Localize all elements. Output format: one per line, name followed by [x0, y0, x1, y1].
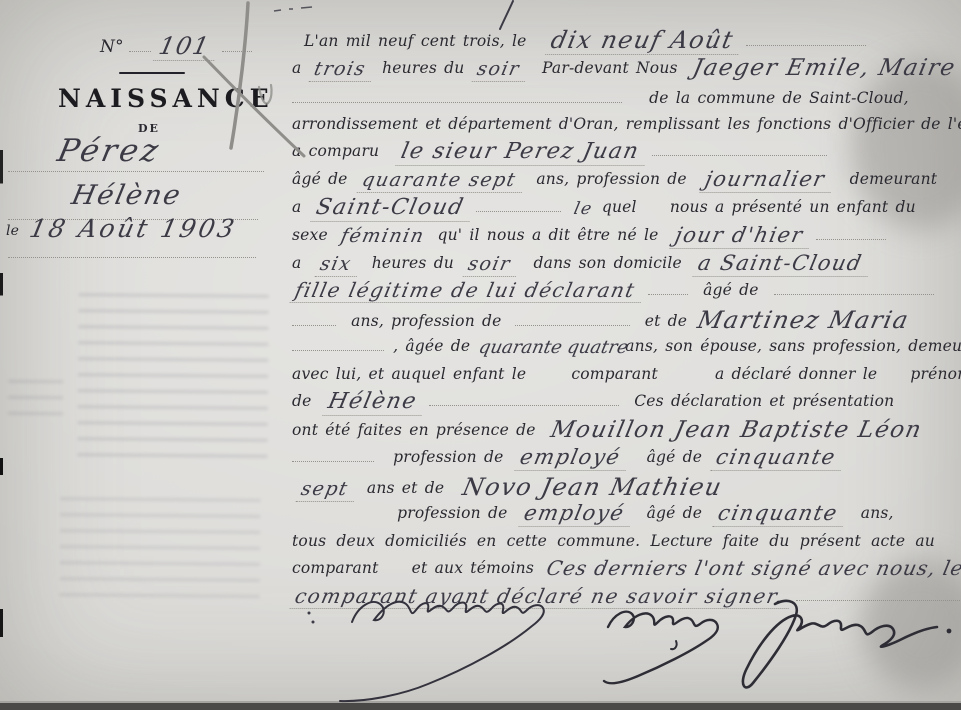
handwritten-entry: soir: [471, 60, 529, 82]
act-line: âgé de quarante sept ans, profession de …: [292, 169, 954, 193]
act-line: arrondissement et département d'Oran, re…: [292, 114, 954, 133]
printed-text: comparant: [292, 559, 379, 577]
handwritten-entry: le: [572, 201, 594, 218]
handwritten-entry: journalier: [699, 169, 835, 193]
act-line: a six heures du soir dans son domicile a…: [292, 253, 954, 277]
act-line: de Hélène Ces déclaration et présentatio…: [292, 391, 954, 416]
blank-line: [8, 158, 264, 172]
handwritten-entry: Novo Jean Mathieu: [461, 475, 725, 499]
blank-line: [292, 312, 336, 326]
printed-text: âgé de: [647, 448, 703, 466]
printed-text: de la commune de Saint-Cloud,: [649, 89, 909, 107]
margin-date-prefix: le: [6, 223, 19, 239]
printed-text: a: [292, 198, 301, 216]
margin-annotations: N° 101 NAISSANCE DE Pérez Hélène le 18 A…: [0, 0, 282, 710]
printed-text: demeurant: [850, 170, 938, 188]
act-line: comparant et aux témoins Ces derniers l'…: [292, 558, 954, 578]
printed-text: avec lui, et auquel enfant le: [292, 365, 526, 383]
child-given-name-line: Hélène: [72, 182, 182, 209]
blank-line: [429, 392, 619, 406]
handwritten-entry: cinquante: [713, 503, 848, 527]
printed-text: ans, profession de: [536, 170, 686, 188]
printed-text: âgé de: [292, 170, 348, 188]
act-line: sept ans et de Novo Jean Mathieu: [292, 475, 954, 502]
act-line: profession de employé âgé de cinquante: [292, 447, 954, 471]
handwritten-entry: dix neuf Août: [545, 28, 744, 55]
blank-line: [648, 281, 688, 295]
handwritten-entry: cinquante: [711, 447, 846, 471]
act-line: fille légitime de lui déclarant âgé de: [292, 280, 954, 303]
act-line: L'an mil neuf cent trois, le dix neuf Ao…: [292, 28, 954, 55]
blank-line: [816, 226, 886, 240]
printed-text: ans et de: [367, 479, 444, 497]
handwritten-entry: employé: [518, 503, 634, 527]
blank-line: [292, 337, 384, 351]
printed-text: Par-devant Nous: [542, 59, 678, 77]
printed-text: de: [292, 392, 312, 410]
blank-line: [8, 244, 256, 258]
printed-text: qu' il nous a dit être né le: [437, 226, 658, 244]
blank-line: [129, 38, 151, 52]
act-line: ans, profession de et de Martinez Maria: [292, 308, 954, 332]
handwritten-entry: Saint-Cloud: [310, 197, 474, 222]
act-type-title: NAISSANCE: [58, 84, 274, 113]
printed-text: âgé de: [703, 281, 759, 299]
act-line: a comparu le sieur Perez Juan: [292, 141, 954, 166]
handwritten-entry: a Saint-Cloud: [692, 253, 872, 277]
printed-text: L'an mil neuf cent trois, le: [304, 32, 527, 50]
printed-text: a comparu: [292, 142, 379, 160]
scanned-birth-certificate: N° 101 NAISSANCE DE Pérez Hélène le 18 A…: [0, 0, 961, 710]
printed-text: a: [292, 254, 301, 272]
handwritten-entry: quarante sept: [356, 171, 525, 193]
act-number-label: N°: [100, 37, 124, 57]
printed-text: profession de: [393, 448, 503, 466]
child-given-name: Hélène: [69, 182, 184, 209]
blank-line: [796, 587, 961, 601]
act-line: a trois heures du soir Par-devant Nous J…: [292, 57, 954, 82]
printed-text: ans, profession de: [351, 312, 501, 330]
act-line: , âgée de quarante quatre ans, son épous…: [292, 336, 954, 357]
handwritten-entry: comparant ayant déclaré ne savoir signer…: [290, 586, 794, 609]
printed-text: comparant: [571, 365, 658, 383]
act-number-line: N° 101: [100, 34, 252, 61]
act-body-text: L'an mil neuf cent trois, le dix neuf Ao…: [292, 0, 954, 710]
handwritten-entry: féminin: [339, 227, 426, 246]
blank-line: [292, 89, 622, 103]
printed-text: ans, son épouse, sans profession, demeur…: [625, 337, 961, 355]
handwritten-entry: employé: [514, 447, 630, 471]
handwritten-entry: fille légitime de lui déclarant: [290, 280, 646, 303]
act-line: ont été faites en présence de Mouillon J…: [292, 419, 954, 442]
handwritten-entry: Mouillon Jean Baptiste Léon: [548, 419, 924, 442]
act-number-value: 101: [153, 34, 220, 61]
blank-line: [652, 142, 827, 156]
handwritten-entry: Jaeger Emile, Maire: [690, 57, 957, 80]
act-line: comparant ayant déclaré ne savoir signer…: [292, 586, 954, 609]
handwritten-entry: Ces derniers l'ont signé avec nous, le: [545, 558, 961, 578]
blank-line: [292, 448, 374, 462]
act-line: tous deux domiciliés en cette commune. L…: [292, 531, 954, 550]
printed-text: et de: [645, 312, 687, 330]
handwritten-entry: trois: [308, 60, 375, 82]
printed-text: profession de: [397, 504, 507, 522]
printed-text: , âgée de: [393, 337, 470, 355]
printed-text: heures du: [372, 254, 454, 272]
printed-text: arrondissement et département d'Oran, re…: [292, 115, 961, 133]
blank-line: [746, 32, 866, 46]
printed-text: et aux témoins: [412, 559, 534, 577]
handwritten-entry: le sieur Perez Juan: [396, 141, 650, 166]
printed-text: dans son domicile: [534, 254, 682, 272]
blank-line: [515, 312, 630, 326]
printed-text: a: [292, 59, 301, 77]
act-line: profession de employé âgé de cinquante a…: [292, 503, 954, 527]
handwritten-entry: Martinez Maria: [696, 308, 912, 332]
blank-line: [222, 38, 252, 52]
margin-date-line: le 18 Août 1903: [6, 216, 237, 241]
act-line: sexe féminin qu' il nous a dit être né l…: [292, 225, 954, 249]
handwritten-entry: quarante quatre: [477, 339, 630, 357]
printed-text: sexe: [292, 226, 328, 244]
margin-date-value: 18 Août 1903: [28, 216, 240, 241]
handwritten-entry: Hélène: [322, 391, 427, 416]
handwritten-entry: soir: [463, 255, 521, 277]
printed-text: âgé de: [647, 504, 703, 522]
blank-line: [774, 281, 934, 295]
printed-text: ont été faites en présence de: [292, 421, 536, 439]
printed-text: quel: [602, 198, 637, 216]
printed-text: prénom: [910, 365, 961, 383]
margin-rule: [119, 72, 185, 74]
printed-text: tous deux domiciliés en cette commune. L…: [292, 532, 935, 550]
printed-text: Ces déclaration et présentation: [634, 392, 894, 410]
blank-line: [476, 198, 561, 212]
act-line: de la commune de Saint-Cloud,: [292, 88, 954, 107]
printed-text: ans,: [861, 504, 894, 522]
printed-text: a déclaré donner le: [715, 365, 877, 383]
handwritten-entry: six: [314, 255, 361, 277]
printed-text: heures du: [382, 59, 464, 77]
printed-text: nous a présenté un enfant du: [670, 198, 916, 216]
handwritten-entry: jour d'hier: [669, 225, 813, 249]
act-line: avec lui, et auquel enfant le comparant …: [292, 364, 954, 383]
handwritten-entry: sept: [296, 480, 358, 502]
act-line: a Saint-Cloud le quel nous a présenté un…: [292, 197, 954, 222]
